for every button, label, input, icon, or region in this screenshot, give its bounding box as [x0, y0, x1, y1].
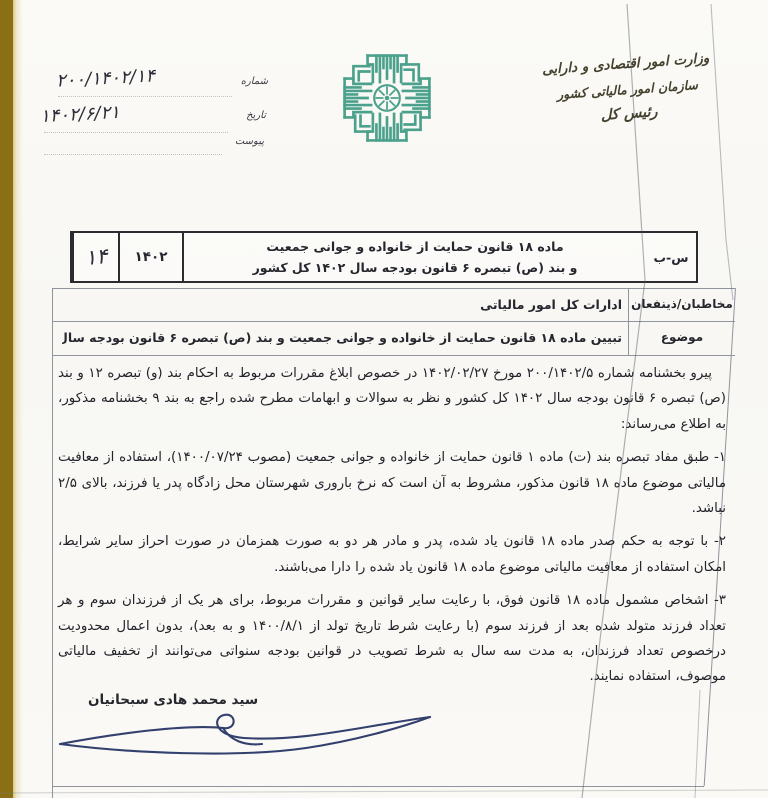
attachment-label: پیوست [235, 136, 264, 147]
handwritten-signature [48, 700, 448, 772]
attachment-ruled-line [44, 154, 222, 155]
reference-stamp-block: ۲۰۰/۱۴۰۲/۱۴ شماره ۱۴۰۲/۶/۲۱ تاریخ پیوست [38, 52, 268, 162]
circular-number-cell: ۱۴ [72, 233, 118, 281]
letterhead: وزارت امور اقتصادی و دارایی سازمان امور … [518, 45, 738, 137]
circular-title-cell: ماده ۱۸ قانون حمایت از خانواده و جوانی ج… [182, 233, 646, 281]
date-ruled-line [44, 132, 228, 133]
circular-title-line2: و بند (ص) تبصره ۶ قانون بودجه سال ۱۴۰۲ ک… [253, 257, 578, 278]
circular-category: س-ب [654, 250, 689, 265]
circular-number: ۱۴ [84, 244, 109, 270]
binding-edge [0, 0, 13, 798]
letter-number-value: ۲۰۰/۱۴۰۲/۱۴ [56, 65, 156, 91]
scanned-letter-page: ۲۰۰/۱۴۰۲/۱۴ شماره ۱۴۰۲/۶/۲۱ تاریخ پیوست [0, 0, 768, 798]
circular-year: ۱۴۰۲ [135, 249, 168, 265]
circular-category-cell: س-ب [646, 233, 696, 281]
recipients-value: ادارات کل امور مالیاتی [62, 297, 622, 312]
circular-header-table: ۱۴ ۱۴۰۲ ماده ۱۸ قانون حمایت از خانواده و… [70, 231, 698, 283]
clause-3: ۳- اشخاص مشمول ماده ۱۸ قانون فوق، با رعا… [58, 588, 726, 690]
info-table-bottom-border [52, 355, 735, 356]
clause-2: ۲- با توجه به حکم صدر ماده ۱۸ قانون یاد … [58, 529, 726, 580]
tax-administration-logo-icon [334, 44, 440, 152]
info-table-row-divider [52, 321, 735, 322]
intro-paragraph: پیرو بخشنامه شماره ۲۰۰/۱۴۰۲/۵ مورخ ۱۴۰۲/… [58, 361, 726, 437]
letter-body: پیرو بخشنامه شماره ۲۰۰/۱۴۰۲/۵ مورخ ۱۴۰۲/… [58, 361, 726, 698]
circular-year-cell: ۱۴۰۲ [118, 233, 182, 281]
info-table-column-divider [628, 288, 629, 355]
frame-top-border [52, 288, 735, 289]
subject-value: تبیین ماده ۱۸ قانون حمایت از خانواده و ج… [62, 330, 622, 345]
letter-number-label: شماره [241, 76, 268, 87]
frame-bottom-border [52, 786, 704, 787]
circular-title-line1: ماده ۱۸ قانون حمایت از خانواده و جوانی ج… [266, 236, 563, 257]
binding-edge-shadow [13, 0, 23, 798]
clause-1: ۱- طبق مفاد تبصره بند (ت) ماده ۱ قانون ح… [58, 445, 726, 521]
letter-date-label: تاریخ [246, 110, 266, 121]
number-ruled-line [58, 96, 232, 97]
subject-label: موضوع [630, 330, 734, 344]
letter-date-value: ۱۴۰۲/۶/۲۱ [40, 102, 121, 127]
recipients-label: مخاطبان/ذینفعان [630, 297, 734, 311]
